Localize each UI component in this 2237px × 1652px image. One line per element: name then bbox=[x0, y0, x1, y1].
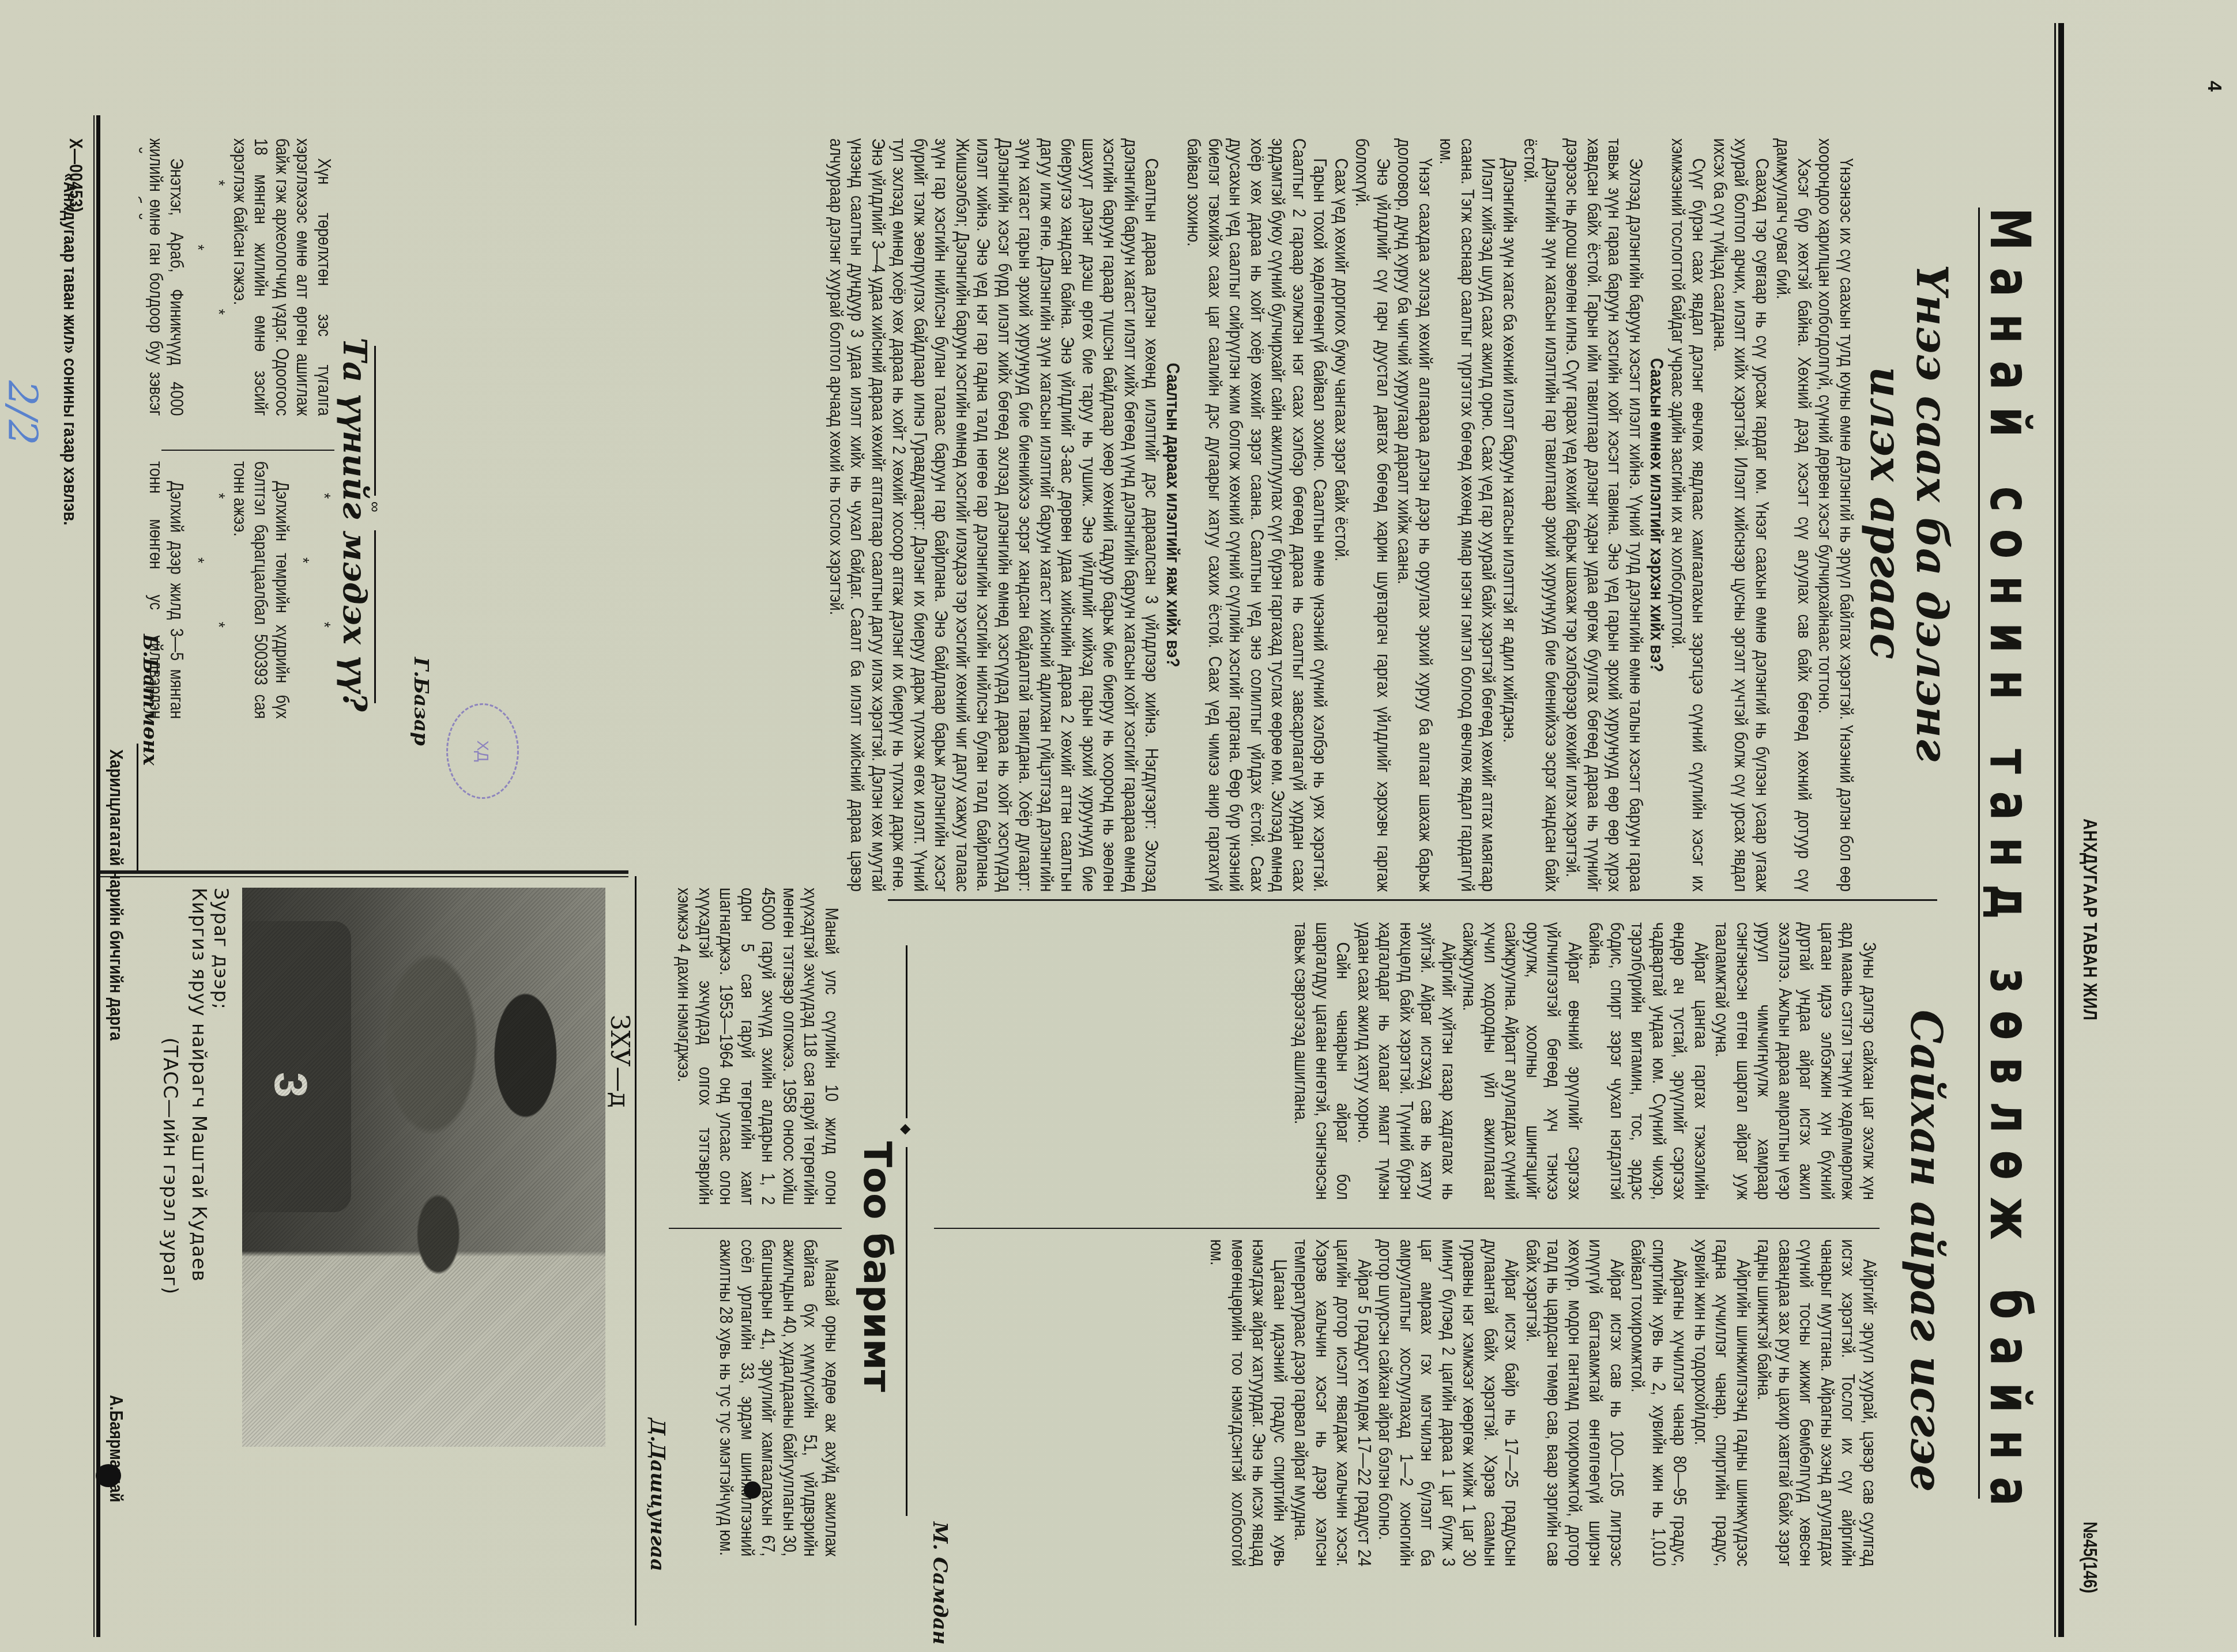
photo-credit: (ТАСС—ийн гэрэл зураг) bbox=[159, 1038, 181, 1295]
paragraph: Дэлэнгийн зүүн хагасын илэлтийн гар тави… bbox=[1520, 138, 1562, 892]
paragraph: Айраг исгэх байр нь 17—25 градусын дулаа… bbox=[1374, 1239, 1522, 1567]
issue-number: №45(146) bbox=[2078, 1522, 2101, 1593]
article-facts-col1: Манай улс сүүлийн 10 жилд олон хүүхэдтэй… bbox=[634, 888, 842, 1205]
suitcase-shape bbox=[242, 921, 351, 1212]
paragraph: Айраг өвчний эрүүлийг сэргээх үйлчилгээт… bbox=[1459, 922, 1585, 1200]
paragraph: Цагаан идээний градус спиртийн хувь нэмэ… bbox=[1206, 1239, 1290, 1567]
photo-caption-line2: Киргиз яруу найрагч Маштай Кудаев bbox=[188, 888, 210, 1282]
header-rule-thin bbox=[2054, 23, 2056, 1637]
photo-caption: Зураг дээр; Киргиз яруу найрагч Маштай К… bbox=[188, 888, 232, 1282]
newspaper-page: 4 АНХДУГААР ТАВАН ЖИЛ №45(146) Манай сон… bbox=[0, 0, 2237, 1652]
signature-rule bbox=[137, 744, 138, 870]
article-didyouknow-title: Та үүнийг мэдэх үү? bbox=[336, 323, 374, 726]
paragraph: Айргийг эрүүл хуурай, цэвэр сав суулгад … bbox=[1753, 1239, 1880, 1567]
article-airag-col1: Зуны дэлгэр сайхан цаг эхэлж хүн ард маа… bbox=[905, 922, 1880, 1200]
didyouknow-rule-left bbox=[374, 346, 376, 496]
didyouknow-col2: * * * Дэлхийн төмрийн хүдрийн бүх бэлтгэ… bbox=[138, 461, 334, 719]
punch-hole bbox=[96, 1464, 121, 1487]
didyouknow-rule-right bbox=[374, 530, 376, 703]
article-didyouknow-signature: Б.Батмөнх bbox=[138, 634, 161, 765]
paragraph: Энэ үйлдлийг сүү гарч дуустал давтах бөг… bbox=[1351, 138, 1394, 892]
fact-item: Хүн төрөлхтөн зэс түгалга хэрэглэхээс өм… bbox=[229, 138, 335, 416]
didyouknow-column-divider bbox=[161, 450, 334, 451]
footer-rule-heavy bbox=[96, 115, 100, 1637]
facts-rule-left bbox=[906, 945, 907, 1118]
fact-item: Энэтхэг, Араб, Финикчүүд 4000 жилийн өмн… bbox=[138, 138, 187, 416]
separator-stars: * * * bbox=[187, 461, 229, 719]
airag-column-divider bbox=[934, 1228, 1880, 1229]
header-rule-heavy bbox=[2058, 23, 2064, 1637]
article-airag-title: Сайхан айраг исгэе bbox=[1903, 934, 1949, 1568]
paragraph: Айргийн шинжилгээнд гадны шинжүүдээс гад… bbox=[1690, 1239, 1754, 1567]
paragraph: Манай орны хөдөө аж ахуйд ажиллаж байгаа… bbox=[715, 1239, 842, 1556]
didyouknow-col1: Хүн төрөлхтөн зэс түгалга хэрэглэхээс өм… bbox=[138, 138, 334, 416]
paragraph: Дэлэнгийн зүүн хагас ба хөхний илэлт бар… bbox=[1499, 138, 1520, 892]
ornament-icon: ◆ bbox=[898, 1124, 914, 1134]
photo-header: ЗХУ—д bbox=[605, 1014, 634, 1108]
paragraph: Хэсэг бүр хөхтэй байна. Хөхний дээд хэсэ… bbox=[1772, 138, 1814, 892]
separator-stars: * * * bbox=[292, 461, 334, 719]
subheading: Саалтын дараах илэлтийг яаж хийх вэ? bbox=[1162, 138, 1184, 892]
footer-rule-thin bbox=[93, 115, 95, 1637]
article-airag-signature: М. Самдан bbox=[928, 1522, 951, 1645]
paragraph: Айраг исгэх сав нь 100—105 литрээс илүүг… bbox=[1522, 1239, 1628, 1567]
paragraph: Айргийг хүйтэн газар хадгалах нь зүйтэй.… bbox=[1354, 922, 1459, 1200]
photo-caption-line1: Зураг дээр; bbox=[210, 888, 232, 1282]
article-milking-title: Үнээ саах ба дэлэнг илэх аргаас bbox=[1862, 173, 1954, 853]
paragraph: Саахад тэр сувгаар нь сүү урсаж гардаг ю… bbox=[1709, 138, 1773, 892]
section-masthead: Манай сонин танд зөвлөж байна bbox=[1978, 208, 2042, 1523]
paragraph: Илэлт хийгээд шууд саах ажилд орно. Саах… bbox=[1436, 138, 1499, 892]
facts-column-divider bbox=[669, 1228, 842, 1229]
photo-poet: 3 bbox=[242, 888, 605, 1447]
suitcase-number: 3 bbox=[264, 1072, 317, 1098]
article-milking-signature: Г.Базар bbox=[409, 657, 432, 746]
article-airag-col2: Айргийг эрүүл хуурай, цэвэр сав суулгад … bbox=[934, 1239, 1880, 1567]
facts-rule-right bbox=[906, 1147, 907, 1516]
fact-item: Дэлхийн төмрийн хүдрийн бүх бэлтгэл бара… bbox=[229, 461, 293, 719]
paragraph: Манай улс сүүлийн 10 жилд олон хүүхэдтэй… bbox=[673, 888, 842, 1205]
running-title: АНХДУГААР ТАВАН ЖИЛ bbox=[2078, 819, 2101, 1021]
separator-stars: * * * bbox=[187, 138, 229, 416]
masthead-underline bbox=[1978, 208, 1980, 1499]
article-milking-title-line1: Үнээ саах ба дэлэнг bbox=[1908, 173, 1954, 853]
photo-divider-heavy bbox=[98, 870, 628, 874]
paragraph: Айраг 5 градуст хөлдөж 17—22 градуст 24 … bbox=[1290, 1239, 1374, 1567]
punch-hole bbox=[744, 1481, 761, 1499]
paragraph: Саалтын дараа дэлэн хөхөнд илэлтийг дэс … bbox=[826, 138, 1162, 892]
subheading: Саахын өмнөх илэлтийг хэрхэн хийх вэ? bbox=[1646, 138, 1667, 892]
photo-divider-thin bbox=[98, 876, 628, 877]
column-divider bbox=[888, 899, 1937, 901]
paragraph: Сүүг бүрэн саах явдал дэлэнг өвчлөх явдл… bbox=[1667, 138, 1709, 892]
article-milking-body: Үнээнээс их сүү саахын тулд юуны өмнө дэ… bbox=[392, 138, 1856, 892]
article-facts-signature: Д.Дашцунгаа bbox=[646, 1418, 669, 1571]
paragraph: Гарын тохой хөдөлгөөнгүй байвал зохино. … bbox=[1183, 138, 1331, 892]
article-milking-title-line2: илэх аргаас bbox=[1862, 173, 1908, 853]
secretary-label: Харилцлагатай нарийн бичгийн дарга bbox=[106, 749, 127, 1040]
paragraph: Зуны дэлгэр сайхан цаг эхэлж хүн ард маа… bbox=[1711, 922, 1880, 1200]
paragraph: Үнээнээс их сүү саахын тулд юуны өмнө дэ… bbox=[1814, 138, 1856, 892]
paragraph: Үнээг саахдаа эхлээд хөхийг алгаараа дэл… bbox=[1394, 138, 1436, 892]
paragraph: Айраг цангаа гаргах тэжээлийн өндөр ач т… bbox=[1585, 922, 1711, 1200]
article-facts-col2: Манай орны хөдөө аж ахуйд ажиллаж байгаа… bbox=[669, 1239, 842, 1556]
photo-section-rule bbox=[635, 876, 637, 1625]
paragraph: Эхлээд дэлэнгийн баруун хэсэгт илэлт хий… bbox=[1562, 138, 1646, 892]
page-number: 4 bbox=[2203, 81, 2225, 92]
ink-stamp: ХД bbox=[446, 703, 519, 799]
paragraph: Айрагны хүчиллэг чанар 80—95 градус, спи… bbox=[1627, 1239, 1690, 1567]
paragraph: Саах үед хөхийг доргиох буюу чангаах зэр… bbox=[1331, 138, 1352, 892]
article-facts-title: Тоо баримт bbox=[855, 1141, 899, 1392]
handwritten-margin-note: 2/2 bbox=[0, 380, 46, 446]
paragraph: Сайн чанарын айраг бол шаргалдуу цагаан … bbox=[1290, 922, 1354, 1200]
printer-line: «Анхдугаар таван жил» сонины газар хэвлэ… bbox=[59, 173, 81, 526]
